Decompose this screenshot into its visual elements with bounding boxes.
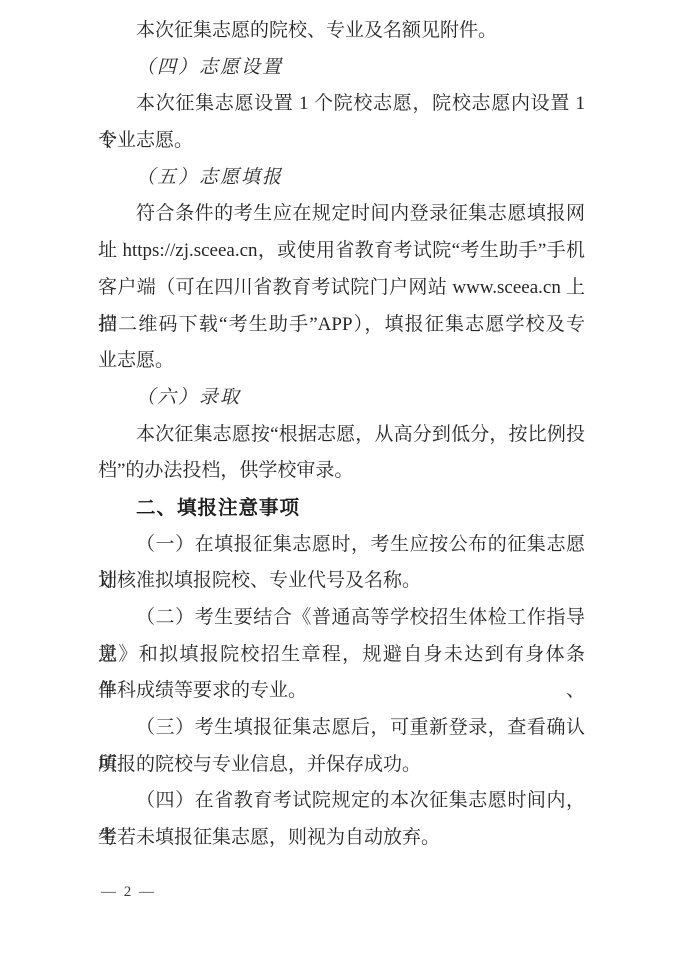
subsection-heading: （六）录取 bbox=[98, 380, 585, 417]
text-line: 见》和拟填报院校招生章程，规避自身未达到有身体条件、 bbox=[98, 637, 585, 674]
text-line: 址 https://zj.sceea.cn，或使用省教育考试院“考生助手”手机 bbox=[98, 233, 585, 270]
text-line: （四）在省教育考试院规定的本次征集志愿时间内，考 bbox=[98, 783, 585, 820]
text-line: 客户端（可在四川省教育考试院门户网站 www.sceea.cn 上扫 bbox=[98, 270, 585, 307]
text-line: 填报的院校与专业信息，并保存成功。 bbox=[98, 747, 585, 784]
text-line: 生若未填报征集志愿，则视为自动放弃。 bbox=[98, 820, 585, 857]
text-line: 业志愿。 bbox=[98, 343, 585, 380]
text-line: （一）在填报征集志愿时，考生应按公布的征集志愿计 bbox=[98, 527, 585, 564]
text-line: （二）考生要结合《普通高等学校招生体检工作指导意 bbox=[98, 600, 585, 637]
subsection-heading: （四）志愿设置 bbox=[98, 50, 585, 87]
document-page: 本次征集志愿的院校、专业及名额见附件。（四）志愿设置本次征集志愿设置 1 个院校… bbox=[0, 0, 680, 961]
text-line: 本次征集志愿的院校、专业及名额见附件。 bbox=[98, 13, 585, 50]
subsection-heading: （五）志愿填报 bbox=[98, 160, 585, 197]
text-line: 符合条件的考生应在规定时间内登录征集志愿填报网 bbox=[98, 196, 585, 233]
text-line: 本次征集志愿按“根据志愿，从高分到低分，按比例投 bbox=[98, 417, 585, 454]
text-line: 描二维码下载“考生助手”APP），填报征集志愿学校及专 bbox=[98, 307, 585, 344]
section-heading: 二、填报注意事项 bbox=[98, 490, 585, 527]
text-line: （三）考生填报征集志愿后，可重新登录，查看确认所 bbox=[98, 710, 585, 747]
text-line: 专业志愿。 bbox=[98, 123, 585, 160]
text-line: 划核准拟填报院校、专业代号及名称。 bbox=[98, 563, 585, 600]
page-number: — 2 — bbox=[101, 884, 156, 901]
text-line: 档”的办法投档，供学校审录。 bbox=[98, 453, 585, 490]
text-line: 本次征集志愿设置 1 个院校志愿，院校志愿内设置 1 个 bbox=[98, 86, 585, 123]
document-body: 本次征集志愿的院校、专业及名额见附件。（四）志愿设置本次征集志愿设置 1 个院校… bbox=[98, 13, 585, 857]
